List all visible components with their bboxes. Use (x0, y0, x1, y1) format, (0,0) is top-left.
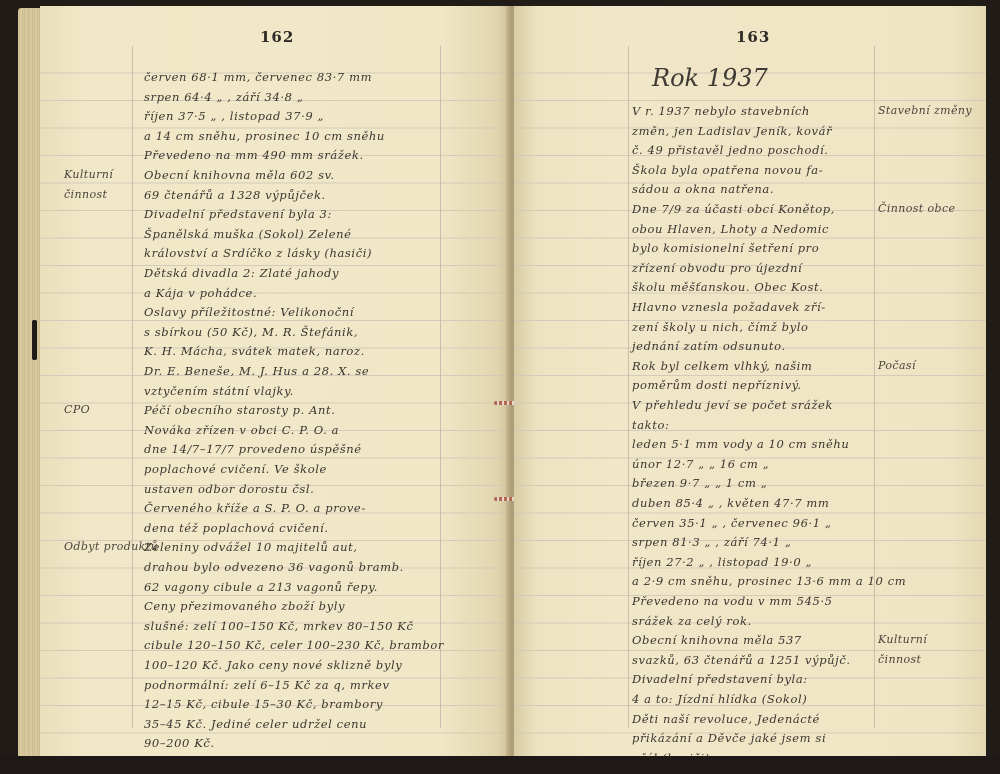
handwritten-line: vztyčením státní vlajky. (144, 384, 294, 398)
margin-note: činnost (878, 653, 921, 666)
handwritten-line: a 2·9 cm sněhu, prosinec 13·6 mm a 10 cm (632, 574, 906, 588)
metal-clip (32, 320, 37, 360)
book-cover-edge (0, 756, 1000, 774)
margin-note: Odbyt produktů (64, 540, 158, 553)
left-page: 162 červen 68·1 mm, červenec 83·7 mmsrpe… (40, 6, 510, 758)
handwritten-line: ustaven odbor dorostu čsl. (144, 482, 314, 496)
handwritten-line: slušné: zelí 100–150 Kč, mrkev 80–150 Kč (144, 619, 414, 633)
handwritten-line: Divadelní představení byla: (632, 672, 808, 686)
handwritten-line: říjen 37·5 „ , listopad 37·9 „ (144, 109, 324, 123)
handwritten-line: Převedeno na mm 490 mm srážek. (144, 148, 364, 162)
handwritten-line: srpen 81·3 „ , září 74·1 „ (632, 535, 791, 549)
handwritten-line: 12–15 Kč, cibule 15–30 Kč, brambory (144, 697, 383, 711)
handwritten-line: školu měšťanskou. Obec Kost. (632, 280, 823, 294)
open-ledger-book: 162 červen 68·1 mm, červenec 83·7 mmsrpe… (0, 0, 1000, 774)
page-number: 162 (260, 28, 294, 46)
handwritten-line: Obecní knihovna měla 602 sv. (144, 168, 335, 182)
margin-note: činnost (64, 188, 107, 201)
handwritten-line: Děti naší revoluce, Jedenácté (632, 712, 820, 726)
handwritten-line: Divadelní představení byla 3: (144, 207, 332, 221)
margin-note: Počasí (878, 359, 916, 372)
handwritten-line: srážek za celý rok. (632, 614, 752, 628)
handwritten-line: takto: (632, 418, 669, 432)
year-heading: Rok 1937 (652, 64, 768, 92)
handwritten-line: Červeného kříže a S. P. O. a prove- (144, 501, 366, 515)
handwritten-line: Škola byla opatřena novou fa- (632, 163, 823, 177)
handwritten-line: Oslavy příležitostné: Velikonoční (144, 305, 354, 319)
handwritten-line: sádou a okna natřena. (632, 182, 774, 196)
handwritten-line: obou Hlaven, Lhoty a Nedomic (632, 222, 829, 236)
margin-note: Činnost obce (878, 202, 955, 215)
handwritten-line: Rok byl celkem vlhký, našim (632, 359, 812, 373)
handwritten-line: zení školy u nich, čímž bylo (632, 320, 809, 334)
margin-note: Kulturní (64, 168, 113, 181)
handwritten-line: červen 35·1 „ , červenec 96·1 „ (632, 516, 831, 530)
handwritten-line: poplachové cvičení. Ve škole (144, 462, 327, 476)
handwritten-line: podnormální: zelí 6–15 Kč za q, mrkev (144, 678, 390, 692)
handwritten-line: drahou bylo odvezeno 36 vagonů bramb. (144, 560, 404, 574)
margin-rule (132, 46, 133, 728)
handwritten-line: 4 a to: Jízdní hlídka (Sokol) (632, 692, 807, 706)
handwritten-line: dena též poplachová cvičení. (144, 521, 329, 535)
handwritten-line: duben 85·4 „ , květen 47·7 mm (632, 496, 829, 510)
handwritten-line: březen 9·7 „ „ 1 cm „ (632, 476, 767, 490)
right-page: 163 Rok 1937 V r. 1937 nebylo stavebních… (514, 6, 986, 758)
margin-note: Stavební změny (878, 104, 972, 117)
handwritten-line: zřízení obvodu pro újezdní (632, 261, 802, 275)
handwritten-line: říjen 27·2 „ , listopad 19·0 „ (632, 555, 812, 569)
margin-note: Kulturní (878, 633, 927, 646)
handwritten-line: Péčí obecního starosty p. Ant. (144, 403, 336, 417)
handwritten-line: 62 vagony cibule a 213 vagonů řepy. (144, 580, 378, 594)
handwritten-line: srpen 64·4 „ , září 34·8 „ (144, 90, 303, 104)
handwritten-line: s sbírkou (50 Kč), M. R. Štefánik, (144, 325, 358, 339)
right-rule (440, 46, 441, 728)
handwritten-line: Dětská divadla 2: Zlaté jahody (144, 266, 339, 280)
margin-note: CPO (64, 403, 90, 416)
handwritten-line: a Kája v pohádce. (144, 286, 257, 300)
handwritten-line: 90–200 Kč. (144, 736, 215, 750)
handwritten-line: cibule 120–150 Kč, celer 100–230 Kč, bra… (144, 638, 444, 652)
handwritten-line: jednání zatím odsunuto. (632, 339, 786, 353)
handwritten-line: změn, jen Ladislav Jeník, kovář (632, 124, 832, 138)
handwritten-line: Převedeno na vodu v mm 545·5 (632, 594, 833, 608)
handwritten-line: červen 68·1 mm, červenec 83·7 mm (144, 70, 372, 84)
handwritten-line: bylo komisionelní šetření pro (632, 241, 819, 255)
handwritten-line: K. H. Mácha, svátek matek, naroz. (144, 344, 365, 358)
handwritten-line: Španělská muška (Sokol) Zelené (144, 227, 352, 241)
handwritten-line: V přehledu jeví se počet srážek (632, 398, 833, 412)
handwritten-line: č. 49 přistavěl jedno poschodí. (632, 143, 829, 157)
margin-rule (628, 46, 629, 728)
handwritten-line: únor 12·7 „ „ 16 cm „ (632, 457, 769, 471)
handwritten-line: V r. 1937 nebylo stavebních (632, 104, 810, 118)
handwritten-line: Obecní knihovna měla 537 (632, 633, 802, 647)
handwritten-line: království a Srdíčko z lásky (hasiči) (144, 246, 372, 260)
handwritten-line: 69 čtenářů a 1328 výpůjček. (144, 188, 326, 202)
handwritten-line: poměrům dosti nepříznivý. (632, 378, 802, 392)
handwritten-line: Zeleniny odvážel 10 majitelů aut, (144, 540, 358, 554)
handwritten-line: Ceny přezimovaného zboží byly (144, 599, 345, 613)
handwritten-line: svazků, 63 čtenářů a 1251 výpůjč. (632, 653, 851, 667)
notes-rule (874, 46, 875, 728)
handwritten-line: a 14 cm sněhu, prosinec 10 cm sněhu (144, 129, 385, 143)
handwritten-line: dne 14/7–17/7 provedeno úspěšné (144, 442, 362, 456)
handwritten-line: Hlavno vznesla požadavek zří- (632, 300, 826, 314)
handwritten-line: leden 5·1 mm vody a 10 cm sněhu (632, 437, 849, 451)
handwritten-line: přikázání a Děvče jaké jsem si (632, 731, 826, 745)
handwritten-line: Nováka zřízen v obci C. P. O. a (144, 423, 339, 437)
handwritten-line: Dr. E. Beneše, M. J. Hus a 28. X. se (144, 364, 369, 378)
handwritten-line: Dne 7/9 za účasti obcí Konětop, (632, 202, 835, 216)
handwritten-line: 100–120 Kč. Jako ceny nové sklizně byly (144, 658, 402, 672)
handwritten-line: 35–45 Kč. Jediné celer udržel cenu (144, 717, 367, 731)
page-number: 163 (736, 28, 770, 46)
